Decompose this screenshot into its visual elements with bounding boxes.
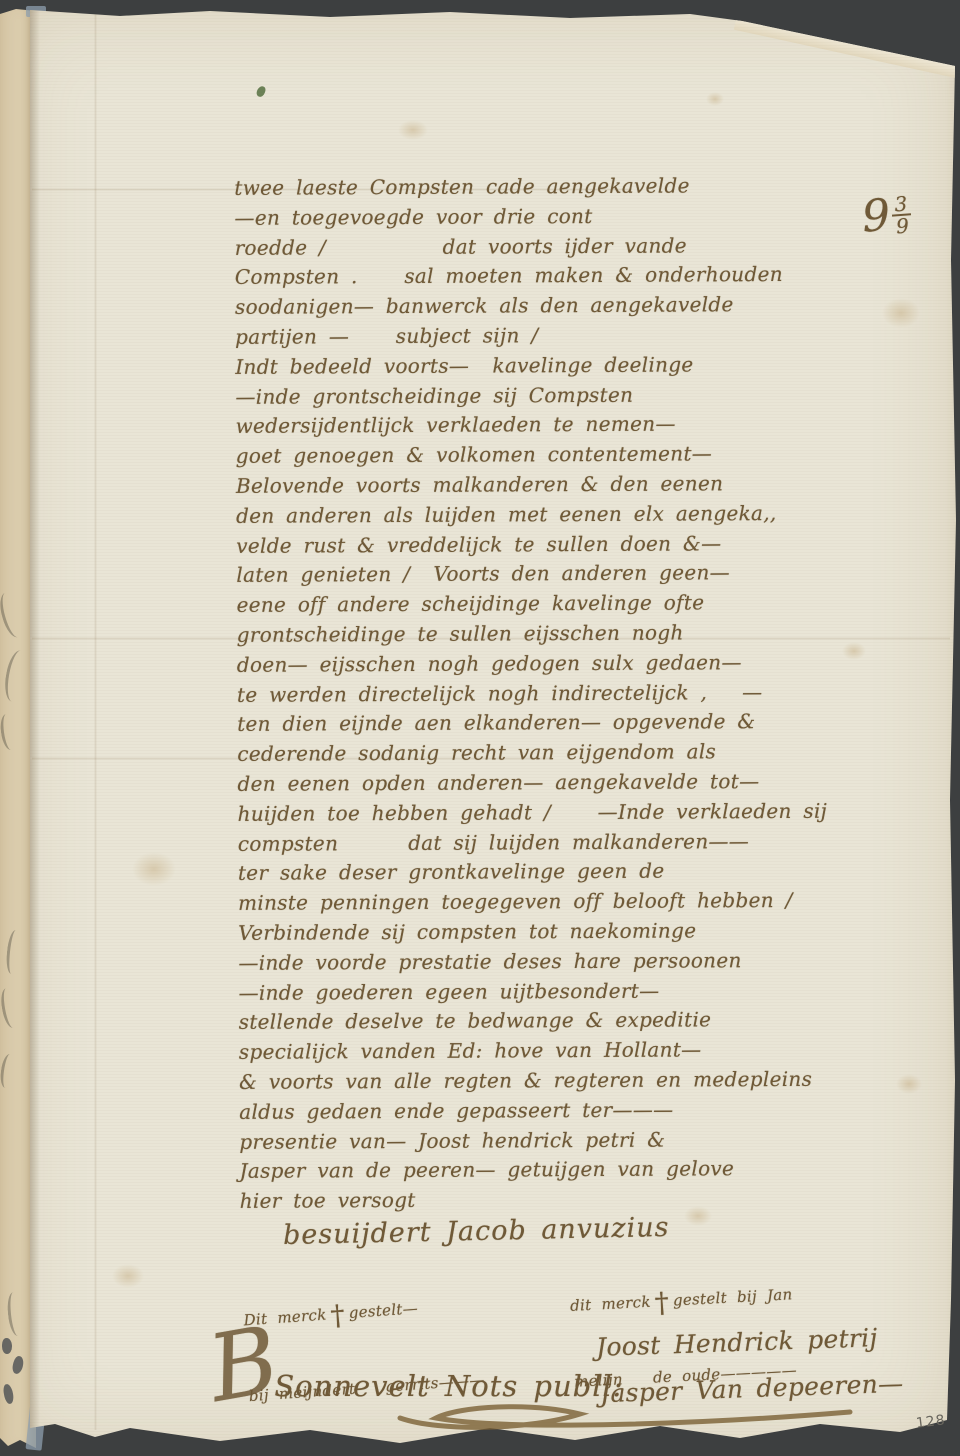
manuscript-line: —en toegevoegde voor drie cont (234, 200, 929, 233)
green-speck (255, 85, 266, 98)
manuscript-line: eene off andere scheijdinge kavelinge of… (236, 587, 931, 620)
manuscript-line: grontscheidinge te sullen eijsschen nogh (237, 617, 932, 650)
page-number: 128 (915, 1412, 946, 1432)
witness-mark-icon: † (325, 1298, 350, 1332)
manuscript-line: Belovende voorts malkanderen & den eenen (236, 468, 931, 501)
scanned-manuscript: twee laeste Compsten cade aengekavelde—e… (0, 0, 960, 1456)
manuscript-line: presentie van— Joost hendrick petri & (239, 1124, 934, 1157)
witness-mark-icon: † (650, 1286, 674, 1320)
manuscript-line: stellende deselve te bedwange & expediti… (239, 1004, 934, 1037)
body-text: twee laeste Compsten cade aengekavelde—e… (234, 170, 934, 1217)
manuscript-line: hier toe versogt (240, 1183, 935, 1216)
manuscript-line: minste penningen toegegeven off belooft … (238, 885, 933, 918)
area-fraction: 939 (860, 188, 913, 242)
manuscript-line: —inde voorde prestatie deses hare persoo… (238, 945, 933, 978)
manuscript-line: ter sake deser grontkavelinge geen de (238, 856, 933, 889)
margin-ink-mark (0, 1053, 16, 1088)
margin-ink-mark (2, 1338, 12, 1354)
fraction-whole: 9 (860, 190, 892, 243)
corner-fold (734, 15, 960, 80)
manuscript-line: Indt bedeeld voorts— kavelinge deelinge (235, 349, 930, 382)
manuscript-line: specialijck vanden Ed: hove van Hollant— (239, 1034, 934, 1067)
manuscript-line: soodanigen— banwerck als den aengekaveld… (235, 289, 930, 322)
margin-ink-mark (0, 987, 20, 1029)
manuscript-line: —inde grontscheidinge sij Compsten (235, 379, 930, 412)
manuscript-line: wedersijdentlijck verklaeden te nemen— (236, 409, 931, 442)
manuscript-line: te werden directelijck nogh indirectelij… (237, 677, 932, 710)
manuscript-line: ten dien eijnde aen elkanderen— opgevend… (237, 707, 932, 740)
fold-crease-vertical (94, 10, 97, 1430)
margin-ink-mark (2, 649, 32, 704)
manuscript-line: aldus gedaen ende gepasseert ter——— (239, 1094, 934, 1127)
mark-note-left-line1: Dit merck†gestelt— (243, 1292, 480, 1334)
margin-ink-mark (0, 590, 27, 639)
paper-stain (398, 120, 428, 140)
manuscript-line: roedde / dat voorts ijder vande (235, 230, 930, 263)
manuscript-line: cederende sodanig recht van eijgendom al… (237, 736, 932, 769)
mark-note-right-line1: dit merck†gestelt bij Jan (570, 1282, 794, 1320)
manuscript-line: partijen — subject sijn / (235, 319, 930, 352)
paper-stain (112, 1264, 144, 1288)
manuscript-line: & voorts van alle regten & regteren en m… (239, 1064, 934, 1097)
fraction-denominator: 9 (892, 215, 912, 236)
margin-ink-mark (5, 929, 23, 974)
manuscript-line: —inde goederen egeen uijtbesondert— (238, 975, 933, 1008)
manuscript-line: den eenen opden anderen— aengekavelde to… (237, 766, 932, 799)
manuscript-line: Compsten . sal moeten maken & onderhoude… (235, 260, 930, 293)
manuscript-line: Verbindende sij compsten tot naekominge (238, 915, 933, 948)
manuscript-line: velde rust & vreddelijck te sullen doen … (236, 528, 931, 561)
margin-ink-mark (11, 1355, 25, 1375)
margin-ink-mark (2, 1383, 14, 1404)
binding-fold-shadow (30, 8, 40, 1436)
manuscript-line: doen— eijsschen nogh gedogen sulx gedaen… (237, 647, 932, 680)
manuscript-line: goet genoegen & volkomen contentement— (236, 438, 931, 471)
margin-ink-mark (0, 713, 18, 751)
manuscript-line: den anderen als luijden met eenen elx ae… (236, 498, 931, 531)
manuscript-line: huijden toe hebben gehadt / —Inde verkla… (238, 796, 933, 829)
manuscript-line: Jasper van de peeren— getuijgen van gelo… (239, 1153, 934, 1186)
manuscript-line: compsten dat sij luijden malkanderen—— (238, 826, 933, 859)
notary-initial: B (204, 1325, 283, 1406)
paper-stain (132, 852, 176, 886)
paper-stain (706, 92, 724, 106)
manuscript-line: twee laeste Compsten cade aengekavelde (234, 170, 929, 203)
manuscript-line: laten genieten / Voorts den anderen geen… (236, 558, 931, 591)
margin-ink-mark (6, 1291, 26, 1336)
notary-signature: B Sonnevelt Nots publl: (210, 1330, 624, 1403)
